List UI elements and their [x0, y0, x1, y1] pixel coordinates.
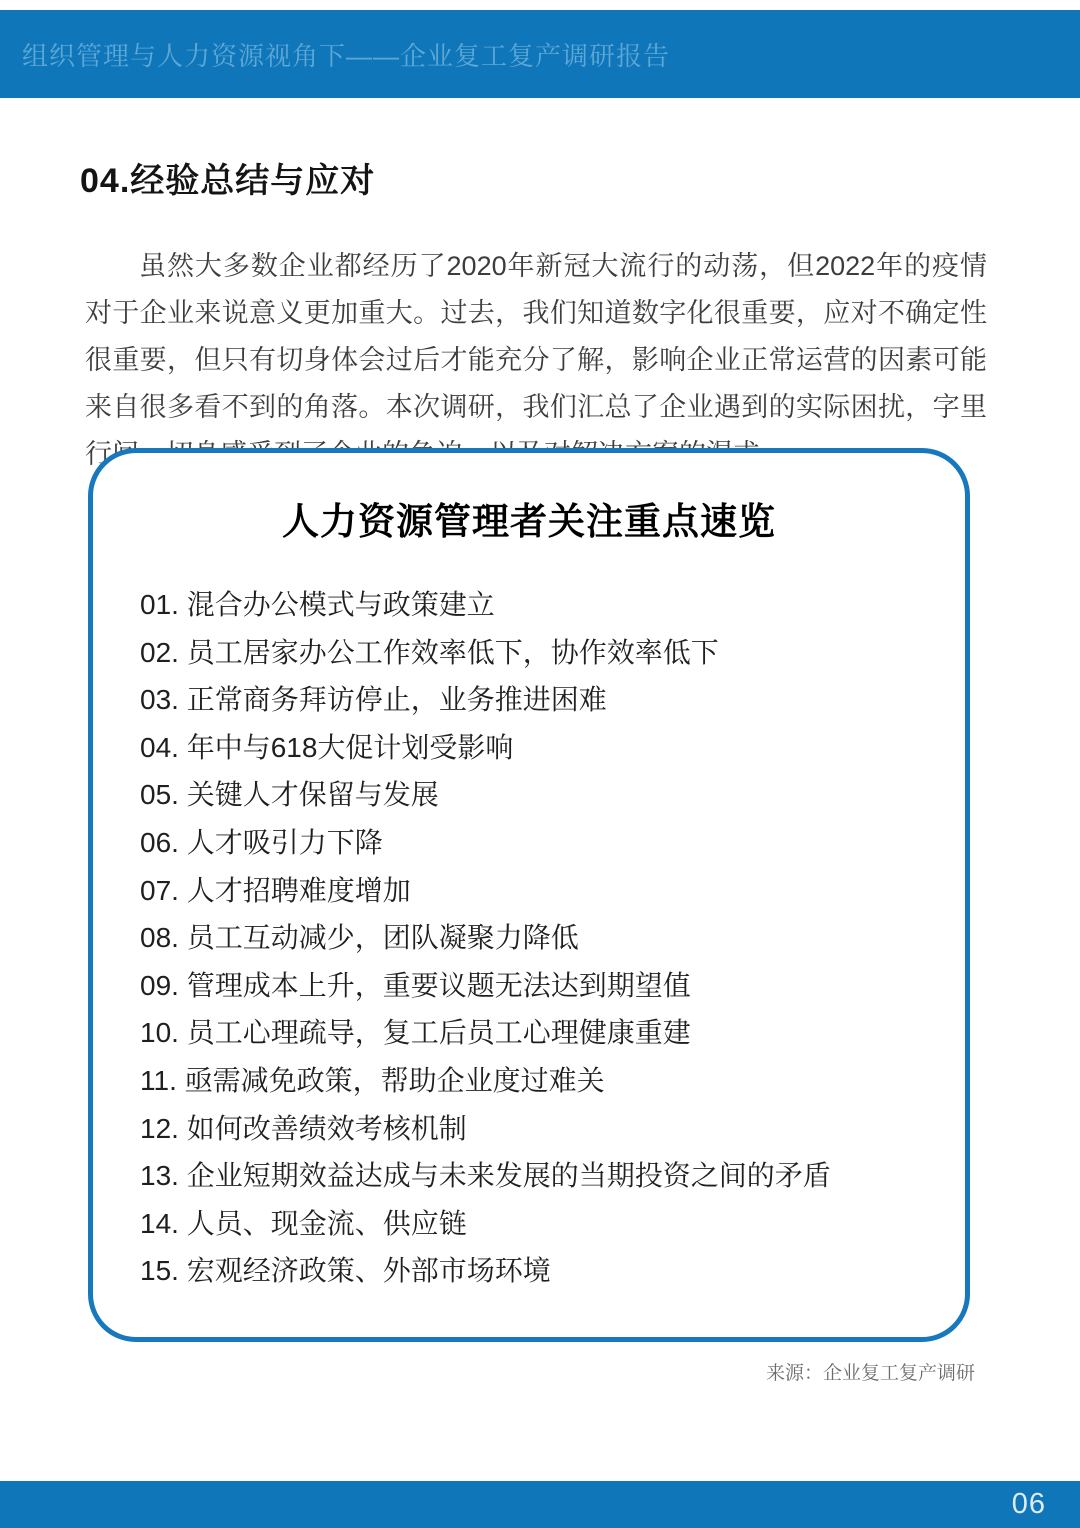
- item-number: 15.: [140, 1255, 179, 1286]
- item-text: 如何改善绩效考核机制: [187, 1113, 467, 1144]
- focus-list-item: 01. 混合办公模式与政策建立: [140, 581, 935, 629]
- item-number: 05.: [140, 779, 179, 810]
- focus-list-item: 05. 关键人才保留与发展: [140, 771, 935, 819]
- page-number: 06: [1012, 1488, 1046, 1521]
- item-number: 09.: [140, 970, 179, 1001]
- item-text: 员工心理疏导，复工后员工心理健康重建: [187, 1017, 691, 1048]
- header-bar: 组织管理与人力资源视角下——企业复工复产调研报告: [0, 10, 1080, 98]
- item-number: 08.: [140, 922, 179, 953]
- section-heading: 04.经验总结与应对: [80, 153, 375, 202]
- item-number: 13.: [140, 1160, 179, 1191]
- item-text: 年中与618大促计划受影响: [187, 732, 514, 763]
- focus-list-item: 07. 人才招聘难度增加: [140, 867, 935, 915]
- focus-list-item: 08. 员工互动减少，团队凝聚力降低: [140, 914, 935, 962]
- report-title: 组织管理与人力资源视角下——企业复工复产调研报告: [22, 36, 670, 73]
- item-text: 管理成本上升，重要议题无法达到期望值: [187, 970, 691, 1001]
- item-number: 12.: [140, 1113, 179, 1144]
- item-number: 03.: [140, 684, 179, 715]
- item-text: 混合办公模式与政策建立: [187, 589, 495, 620]
- item-text: 亟需减免政策，帮助企业度过难关: [185, 1065, 605, 1096]
- footer-bar: 06: [0, 1481, 1080, 1528]
- focus-list-item: 06. 人才吸引力下降: [140, 819, 935, 867]
- item-text: 员工居家办公工作效率低下，协作效率低下: [187, 637, 719, 668]
- focus-list-item: 12. 如何改善绩效考核机制: [140, 1105, 935, 1153]
- item-text: 正常商务拜访停止，业务推进困难: [187, 684, 607, 715]
- item-number: 02.: [140, 637, 179, 668]
- focus-list-item: 15. 宏观经济政策、外部市场环境: [140, 1247, 935, 1295]
- item-number: 14.: [140, 1208, 179, 1239]
- focus-list-item: 09. 管理成本上升，重要议题无法达到期望值: [140, 962, 935, 1010]
- focus-list-item: 13. 企业短期效益达成与未来发展的当期投资之间的矛盾: [140, 1152, 935, 1200]
- focus-list-item: 03. 正常商务拜访停止，业务推进困难: [140, 676, 935, 724]
- item-text: 人员、现金流、供应链: [187, 1208, 467, 1239]
- focus-list-item: 11. 亟需减免政策，帮助企业度过难关: [140, 1057, 935, 1105]
- focus-list-item: 10. 员工心理疏导，复工后员工心理健康重建: [140, 1009, 935, 1057]
- source-note: 来源：企业复工复产调研: [766, 1358, 975, 1385]
- highlight-box: 人力资源管理者关注重点速览 01. 混合办公模式与政策建立02. 员工居家办公工…: [88, 448, 970, 1342]
- item-number: 10.: [140, 1017, 179, 1048]
- item-text: 人才吸引力下降: [187, 827, 383, 858]
- item-number: 04.: [140, 732, 179, 763]
- item-number: 11.: [140, 1065, 177, 1096]
- report-page: 组织管理与人力资源视角下——企业复工复产调研报告 04.经验总结与应对 虽然大多…: [0, 0, 1080, 1528]
- item-number: 07.: [140, 875, 179, 906]
- item-text: 人才招聘难度增加: [187, 875, 411, 906]
- item-text: 员工互动减少，团队凝聚力降低: [187, 922, 579, 953]
- item-text: 关键人才保留与发展: [187, 779, 439, 810]
- highlight-box-title: 人力资源管理者关注重点速览: [93, 491, 965, 545]
- item-number: 06.: [140, 827, 179, 858]
- item-text: 宏观经济政策、外部市场环境: [187, 1255, 551, 1286]
- item-text: 企业短期效益达成与未来发展的当期投资之间的矛盾: [187, 1160, 831, 1191]
- focus-list: 01. 混合办公模式与政策建立02. 员工居家办公工作效率低下，协作效率低下03…: [93, 581, 965, 1295]
- focus-list-item: 14. 人员、现金流、供应链: [140, 1200, 935, 1248]
- item-number: 01.: [140, 589, 179, 620]
- focus-list-item: 04. 年中与618大促计划受影响: [140, 724, 935, 772]
- focus-list-item: 02. 员工居家办公工作效率低下，协作效率低下: [140, 629, 935, 677]
- intro-paragraph: 虽然大多数企业都经历了2020年新冠大流行的动荡，但2022年的疫情对于企业来说…: [85, 243, 987, 478]
